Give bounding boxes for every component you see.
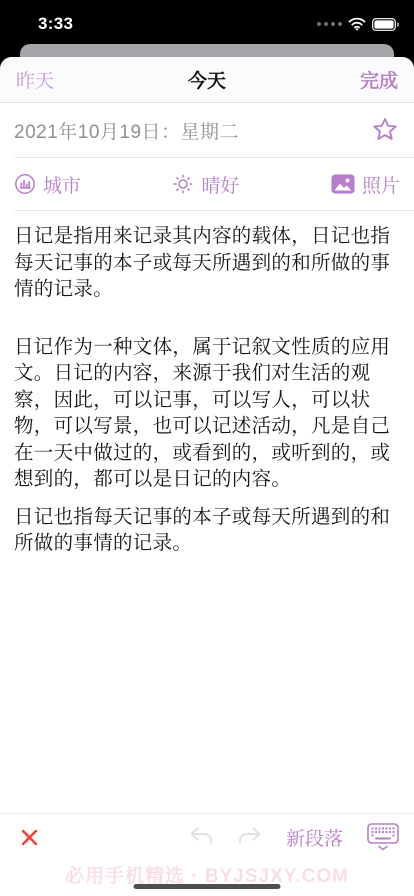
cellular-dots-icon — [317, 22, 342, 26]
page-title: 今天 — [0, 66, 414, 93]
close-x-icon[interactable] — [20, 828, 39, 847]
city-circle-icon — [14, 173, 36, 195]
toolbar-right-group: 新段落 — [188, 822, 400, 852]
photo-icon — [331, 174, 355, 194]
weather-button[interactable]: 晴好 — [172, 171, 239, 198]
battery-icon — [372, 18, 399, 31]
yesterday-button[interactable]: 昨天 — [16, 66, 54, 93]
weather-label: 晴好 — [201, 171, 239, 198]
new-paragraph-button[interactable]: 新段落 — [286, 824, 343, 851]
paragraph: 日记也指每天记事的本子或每天所遇到的和所做的事情的记录。 — [14, 504, 400, 557]
home-indicator[interactable] — [134, 884, 281, 889]
photo-label: 照片 — [362, 171, 400, 198]
diary-text-editor[interactable]: 日记是指用来记录其内容的载体，日记也指每天记事的本子或每天所遇到的和所做的事情的… — [0, 211, 414, 767]
editor-toolbar: 新段落 — [0, 813, 414, 860]
sun-icon — [172, 173, 194, 195]
date-row: 2021年10月19日：星期二 — [0, 103, 414, 157]
city-label: 城市 — [43, 171, 81, 198]
redo-arrow-icon[interactable] — [237, 826, 263, 848]
status-icons — [317, 13, 399, 31]
star-outline-icon[interactable] — [370, 115, 400, 145]
paragraph: 日记是指用来记录其内容的载体，日记也指每天记事的本子或每天所遇到的和所做的事情的… — [14, 223, 400, 303]
diary-entry-sheet: 今天 昨天 完成 2021年10月19日：星期二 城市 — [0, 57, 414, 896]
meta-toolbar: 城市 晴好 照片 — [0, 158, 414, 210]
entry-date: 2021年10月19日：星期二 — [14, 117, 239, 144]
nav-bar: 今天 昨天 完成 — [0, 57, 414, 103]
paragraph: 日记作为一种文体，属于记叙文性质的应用文。日记的内容，来源于我们对生活的观察，因… — [14, 334, 400, 493]
photo-button[interactable]: 照片 — [331, 171, 400, 198]
city-button[interactable]: 城市 — [14, 171, 81, 198]
keyboard-dismiss-icon[interactable] — [366, 822, 400, 852]
status-bar: 3:33 — [0, 0, 414, 44]
done-button[interactable]: 完成 — [360, 66, 398, 93]
wifi-icon — [348, 17, 366, 31]
status-time: 3:33 — [38, 10, 73, 34]
undo-arrow-icon[interactable] — [188, 826, 214, 848]
